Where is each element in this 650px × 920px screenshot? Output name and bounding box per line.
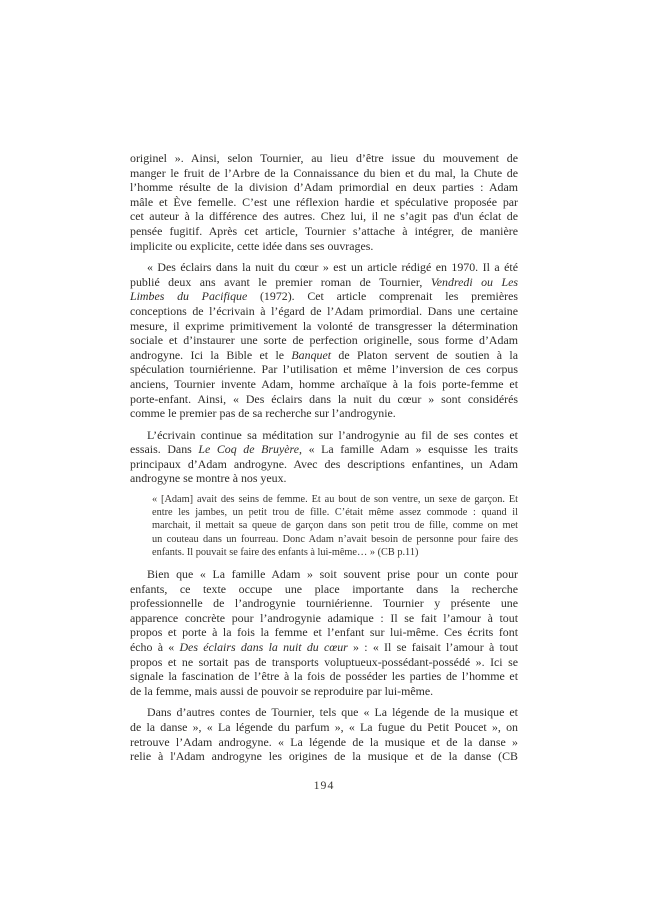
text-segment: professionnelle de l’androgynie tourniér…	[130, 596, 518, 610]
text-segment: signale la fascination de l’être à la fo…	[130, 669, 518, 683]
text-line: manger le fruit de l’Arbre de la Connais…	[130, 166, 518, 181]
text-line: signale la fascination de l’être à la fo…	[130, 669, 518, 684]
text-segment: Des éclairs dans la nuit du cœur	[179, 640, 347, 654]
text-segment: originel ». Ainsi, selon Tournier, au li…	[130, 151, 518, 165]
text-segment: retrouve l’Adam androgyne. « La légende …	[130, 735, 518, 749]
text-segment: relie à l'Adam androgyne les origines de…	[130, 749, 518, 763]
text-line: L’écrivain continue sa méditation sur l’…	[130, 428, 518, 443]
text-segment: Dans d’autres contes de Tournier, tels q…	[147, 705, 518, 719]
text-segment: l’homme résulte de la division d’Adam pr…	[130, 180, 518, 194]
text-segment: « [Adam] avait des seins de femme. Et au…	[152, 494, 518, 505]
text-line: conceptions de l’écrivain à l’égard de l…	[130, 304, 518, 319]
text-line: androgyne se montre à nos yeux.	[130, 471, 518, 486]
text-segment: de la danse », « La légende du parfum »,…	[130, 720, 518, 734]
paragraph: L’écrivain continue sa méditation sur l’…	[130, 428, 518, 486]
text-line: écho à « Des éclairs dans la nuit du cœu…	[130, 640, 518, 655]
text-line: marchait, il mettait sa queue de garçon …	[152, 519, 518, 532]
text-line: « [Adam] avait des seins de femme. Et au…	[152, 493, 518, 506]
text-segment: de la femme, mais aussi de pouvoir se re…	[130, 684, 433, 698]
text-segment: propos et ne sortait pas de transports v…	[130, 655, 518, 669]
text-segment: Le Coq de Bruyère,	[198, 442, 302, 456]
text-segment: Limbes du Pacifique	[130, 289, 247, 303]
text-segment: porte-enfant. Ainsi, « Des éclairs dans …	[130, 392, 518, 406]
text-line: Limbes du Pacifique (1972). Cet article …	[130, 289, 518, 304]
text-segment: conceptions de l’écrivain à l’égard de l…	[130, 304, 518, 318]
text-line: retrouve l’Adam androgyne. « La légende …	[130, 735, 518, 750]
text-segment: cet auteur à la différence des autres. C…	[130, 209, 518, 223]
text-segment: mesure, il exprime primitivement la volo…	[130, 319, 518, 333]
text-segment: apparence concrète pour l’androgynie ada…	[130, 611, 518, 625]
text-segment: implicite ou explicite, cette idée dans …	[130, 239, 373, 253]
text-segment: Bien que « La famille Adam » soit souven…	[147, 567, 518, 581]
text-line: comme le premier pas de sa recherche sur…	[130, 406, 518, 421]
text-line: publié deux ans avant le premier roman d…	[130, 275, 518, 290]
text-segment: comme le premier pas de sa recherche sur…	[130, 406, 396, 420]
text-line: apparence concrète pour l’androgynie ada…	[130, 611, 518, 626]
quote-paragraph: « [Adam] avait des seins de femme. Et au…	[152, 493, 518, 559]
text-segment: (1972). Cet article comprenait les premi…	[247, 289, 518, 303]
paragraph: originel ». Ainsi, selon Tournier, au li…	[130, 151, 518, 253]
text-line: mesure, il exprime primitivement la volo…	[130, 319, 518, 334]
text-line: « Des éclairs dans la nuit du cœur » est…	[130, 260, 518, 275]
text-block: originel ». Ainsi, selon Tournier, au li…	[130, 151, 518, 771]
text-segment: essais. Dans	[130, 442, 198, 456]
text-line: entre les jambes, un petit trou de fille…	[152, 506, 518, 519]
text-segment: spéculation tourniérienne. Par l’utilisa…	[130, 362, 518, 376]
text-segment: pensée fugitif. Après cet article, Tourn…	[130, 224, 518, 238]
paragraph: Dans d’autres contes de Tournier, tels q…	[130, 705, 518, 763]
text-line: spéculation tourniérienne. Par l’utilisa…	[130, 362, 518, 377]
text-segment: entre les jambes, un petit trou de fille…	[152, 507, 518, 518]
text-line: Bien que « La famille Adam » soit souven…	[130, 567, 518, 582]
text-line: pensée fugitif. Après cet article, Tourn…	[130, 224, 518, 239]
text-segment: » : « Il se faisait l’amour à tout	[348, 640, 518, 654]
text-line: de la danse », « La légende du parfum »,…	[130, 720, 518, 735]
text-segment: sociale et d’instaurer une sorte de perf…	[130, 333, 518, 347]
text-segment: publié deux ans avant le premier roman d…	[130, 275, 431, 289]
text-line: enfants. Il pouvait se faire des enfants…	[152, 546, 518, 559]
text-segment: Banquet	[291, 348, 331, 362]
text-segment: mâle et Ève femelle. C’est une réflexion…	[130, 195, 518, 209]
text-segment: Vendredi ou Les	[431, 275, 518, 289]
text-segment: L’écrivain continue sa méditation sur l’…	[147, 428, 518, 442]
text-line: implicite ou explicite, cette idée dans …	[130, 239, 518, 254]
text-segment: « La famille Adam » esquisse les traits	[302, 442, 518, 456]
document-page: originel ». Ainsi, selon Tournier, au li…	[0, 0, 650, 920]
text-line: mâle et Ève femelle. C’est une réflexion…	[130, 195, 518, 210]
text-segment: androgyne. Ici la Bible et le	[130, 348, 291, 362]
text-segment: androgyne se montre à nos yeux.	[130, 471, 287, 485]
text-segment: « Des éclairs dans la nuit du cœur » est…	[147, 260, 518, 274]
text-line: originel ». Ainsi, selon Tournier, au li…	[130, 151, 518, 166]
text-segment: anciens, Tournier invente Adam, homme ar…	[130, 377, 518, 391]
paragraph: Bien que « La famille Adam » soit souven…	[130, 567, 518, 698]
text-line: cet auteur à la différence des autres. C…	[130, 209, 518, 224]
text-segment: de Platon servent de soutien à la	[331, 348, 518, 362]
text-line: sociale et d’instaurer une sorte de perf…	[130, 333, 518, 348]
page-number: 194	[130, 778, 518, 793]
text-line: essais. Dans Le Coq de Bruyère, « La fam…	[130, 442, 518, 457]
text-line: androgyne. Ici la Bible et le Banquet de…	[130, 348, 518, 363]
text-line: de la femme, mais aussi de pouvoir se re…	[130, 684, 518, 699]
text-line: porte-enfant. Ainsi, « Des éclairs dans …	[130, 392, 518, 407]
text-segment: propos et porte à la fois la femme et l’…	[130, 625, 518, 639]
text-segment: manger le fruit de l’Arbre de la Connais…	[130, 166, 518, 180]
text-line: anciens, Tournier invente Adam, homme ar…	[130, 377, 518, 392]
text-line: relie à l'Adam androgyne les origines de…	[130, 749, 518, 764]
text-segment: principaux d’Adam androgyne. Avec des de…	[130, 457, 518, 471]
text-segment: enfants. Il pouvait se faire des enfants…	[152, 547, 418, 558]
text-segment: marchait, il mettait sa queue de garçon …	[152, 520, 518, 531]
text-line: l’homme résulte de la division d’Adam pr…	[130, 180, 518, 195]
text-line: propos et ne sortait pas de transports v…	[130, 655, 518, 670]
text-segment: enfants, ce texte occupe une place impor…	[130, 582, 518, 596]
text-segment: un couteau dans un fourreau. Donc Adam n…	[152, 534, 518, 545]
paragraph: « Des éclairs dans la nuit du cœur » est…	[130, 260, 518, 421]
text-line: un couteau dans un fourreau. Donc Adam n…	[152, 533, 518, 546]
text-segment: écho à «	[130, 640, 179, 654]
text-line: enfants, ce texte occupe une place impor…	[130, 582, 518, 597]
text-line: professionnelle de l’androgynie tourniér…	[130, 596, 518, 611]
text-line: principaux d’Adam androgyne. Avec des de…	[130, 457, 518, 472]
text-line: propos et porte à la fois la femme et l’…	[130, 625, 518, 640]
text-line: Dans d’autres contes de Tournier, tels q…	[130, 705, 518, 720]
